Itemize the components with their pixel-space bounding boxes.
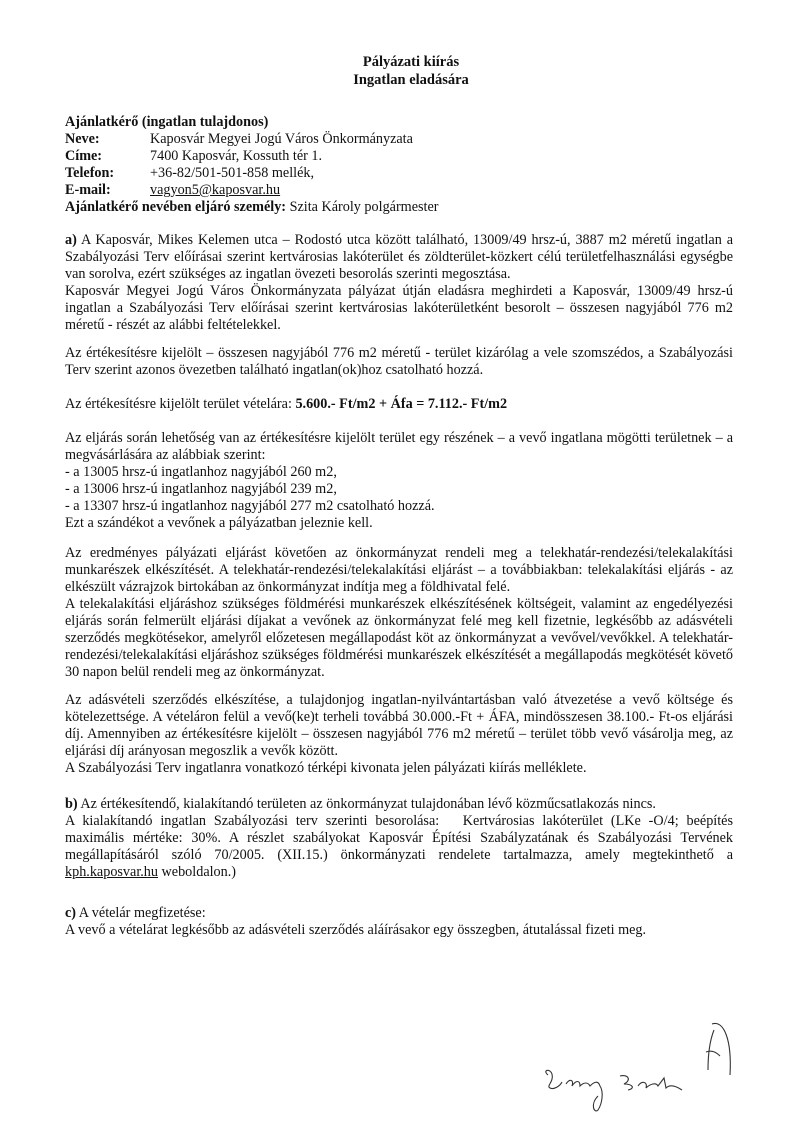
- section-c-payment: A vevő a vételárat legkésőbb az adásvéte…: [65, 922, 733, 939]
- attachment-note: A Szabályozási Terv ingatlanra vonatkozó…: [65, 760, 733, 777]
- price-value: 5.600.- Ft/m2 + Áfa = 7.112.- Ft/m2: [295, 396, 507, 412]
- section-c-heading: c) A vételár megfizetése:: [65, 905, 733, 922]
- section-a-offer: Kaposvár Megyei Jogú Város Önkormányzata…: [65, 283, 733, 334]
- field-email: E-mail: vagyon5@kaposvar.hu: [65, 182, 733, 199]
- intent-note: Ezt a szándékot a vevőnek a pályázatban …: [65, 515, 733, 532]
- section-a-intro: a) A Kaposvár, Mikes Kelemen utca – Rodo…: [65, 232, 733, 283]
- section-b-zoning: A kialakítandó ingatlan Szabályozási ter…: [65, 813, 733, 881]
- list-item: - a 13307 hrsz-ú ingatlanhoz nagyjából 2…: [65, 498, 733, 515]
- field-phone: Telefon: +36-82/501-501-858 mellék,: [65, 165, 733, 182]
- contract-costs: Az adásvételi szerződés elkészítése, a t…: [65, 692, 733, 760]
- website-link[interactable]: kph.kaposvar.hu: [65, 864, 158, 880]
- representative: Ajánlatkérő nevében eljáró személy: Szit…: [65, 199, 733, 216]
- price-line: Az értékesítésre kijelölt terület vételá…: [65, 396, 733, 413]
- offeror-heading: Ajánlatkérő (ingatlan tulajdonos): [65, 114, 268, 131]
- field-name: Neve: Kaposvár Megyei Jogú Város Önkormá…: [65, 131, 733, 148]
- document-title: Pályázati kiírás: [77, 54, 745, 71]
- list-item: - a 13006 hrsz-ú ingatlanhoz nagyjából 2…: [65, 481, 733, 498]
- parcel-list: - a 13005 hrsz-ú ingatlanhoz nagyjából 2…: [65, 464, 733, 532]
- plot-procedure: Az eredményes pályázati eljárást követőe…: [65, 545, 733, 596]
- offeror-block: Ajánlatkérő (ingatlan tulajdonos) Neve: …: [65, 114, 733, 216]
- list-item: - a 13005 hrsz-ú ingatlanhoz nagyjából 2…: [65, 464, 733, 481]
- survey-costs: A telekalakítási eljáráshoz szükséges fö…: [65, 596, 733, 681]
- section-b-utilities: b) Az értékesítendő, kialakítandó terüle…: [65, 796, 733, 813]
- signature-icon: [520, 1000, 780, 1120]
- section-a-restriction: Az értékesítésre kijelölt – összesen nag…: [65, 345, 733, 379]
- partial-purchase: Az eljárás során lehetőség van az értéke…: [65, 430, 733, 464]
- email-link[interactable]: vagyon5@kaposvar.hu: [150, 182, 280, 199]
- field-address: Címe: 7400 Kaposvár, Kossuth tér 1.: [65, 148, 733, 165]
- document-subtitle: Ingatlan eladására: [77, 72, 745, 89]
